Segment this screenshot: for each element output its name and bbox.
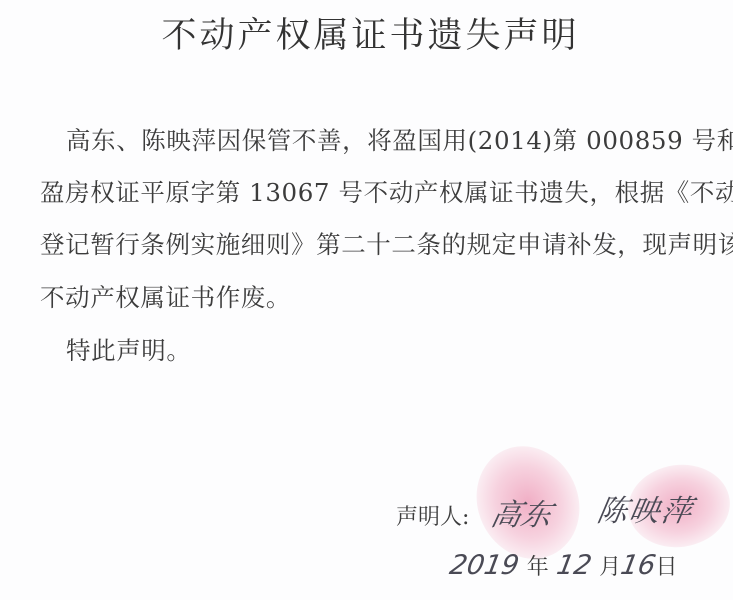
date-month-unit: 月 — [599, 555, 621, 580]
date-year: 2019 — [447, 550, 521, 581]
document-title: 不动产权属证书遗失声明 — [0, 8, 733, 58]
date-line: 2019年12月16日 — [450, 550, 677, 581]
signature-1: 高东 — [487, 490, 556, 534]
date-month: 12 — [554, 550, 594, 581]
signature-2: 陈映萍 — [594, 486, 698, 530]
declarant-label: 声明人: — [396, 500, 469, 531]
body-line-3: 登记暂行条例实施细则》第二十二条的规定申请补发，现声明该 — [40, 226, 733, 261]
date-day: 16 — [618, 550, 658, 581]
closing-statement: 特此声明。 — [66, 332, 192, 367]
body-line-2: 盈房权证平原字第 13067 号不动产权属证书遗失，根据《不动产 — [40, 174, 733, 209]
date-day-unit: 日 — [655, 555, 677, 580]
body-line-1: 高东、陈映萍因保管不善，将盈国用(2014)第 000859 号和 — [66, 122, 733, 157]
body-line-4: 不动产权属证书作废。 — [40, 279, 291, 314]
date-year-unit: 年 — [527, 555, 549, 580]
